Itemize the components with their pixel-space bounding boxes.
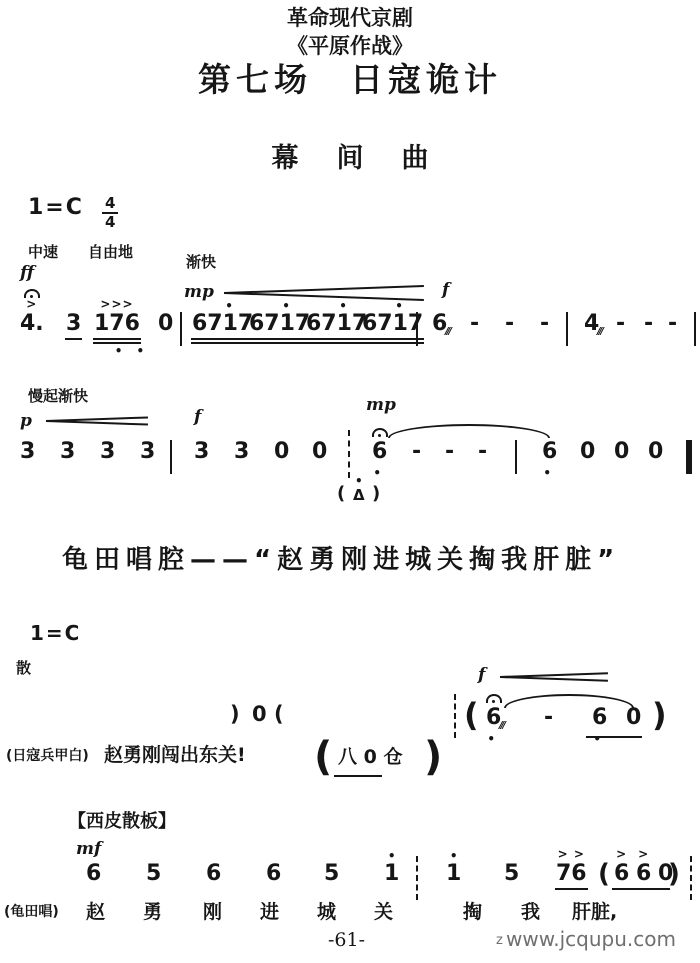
glyph: -61- <box>328 930 365 951</box>
accent-icon: > <box>26 299 37 310</box>
note: 6• <box>372 440 387 464</box>
text-label: ( <box>464 698 479 733</box>
glyph: - <box>412 440 421 464</box>
note-marks <box>372 428 388 438</box>
accent-icon: > <box>616 849 627 860</box>
note: 6• <box>592 706 607 730</box>
note: •6717 <box>192 312 253 336</box>
note: 3 <box>194 440 209 464</box>
spoken-text: 赵勇刚闯出东关! <box>104 745 246 766</box>
glyph: 1=C <box>28 196 84 220</box>
glyph: 76 <box>556 862 587 886</box>
octave-dot-above-icon: • <box>225 302 233 310</box>
text-label: ( <box>314 735 332 779</box>
glyph: 慢起渐快 <box>28 388 88 405</box>
interlude-title: 幕间曲 <box>0 136 700 175</box>
glyph: ( <box>464 698 479 733</box>
glyph: 渐快 <box>186 254 216 271</box>
lyric: 我 <box>521 902 540 923</box>
barline <box>180 312 182 346</box>
dashed-barline <box>690 856 692 900</box>
note: - <box>412 440 421 464</box>
dashed-barline <box>348 430 350 478</box>
glyph: - <box>668 312 677 336</box>
glyph: 0 <box>648 440 663 464</box>
glyph: mp <box>366 396 396 415</box>
note: 0 <box>626 706 641 730</box>
glyph: 5 <box>324 862 339 886</box>
key-signature: 1=C <box>28 196 84 220</box>
note-marks: • <box>382 302 403 310</box>
note: 3 <box>66 312 81 336</box>
glyph: 3 <box>66 312 81 336</box>
glyph: - <box>505 312 514 336</box>
glyph: ) <box>230 703 240 726</box>
glyph: 掏 <box>463 902 482 923</box>
glyph: 3 <box>60 440 75 464</box>
group-underline <box>334 775 382 777</box>
glyph: 我 <box>521 902 540 923</box>
crescendo-hairpin-icon <box>224 286 424 298</box>
lyric: 肝脏, <box>572 902 617 923</box>
note: •6717 <box>362 312 423 336</box>
accent-icon: >>> <box>100 299 133 310</box>
glyph: 3 <box>140 440 155 464</box>
time-signature-denominator: 4 <box>105 214 115 230</box>
glyph: 勇 <box>143 902 162 923</box>
glyph: 赵 <box>86 902 105 923</box>
glyph: 0 <box>614 440 629 464</box>
text-label: ) <box>424 735 442 779</box>
glyph: 6 <box>372 440 387 464</box>
glyph: 6 <box>86 862 101 886</box>
tremolo-icon: /// <box>445 326 450 337</box>
glyph: 6717 <box>249 312 310 336</box>
note: 6•/// <box>486 706 501 730</box>
scene-title: 第七场 日寇诡计 <box>0 54 700 101</box>
fermata-icon <box>486 694 502 703</box>
glyph: 3 <box>100 440 115 464</box>
glyph: 6 <box>636 862 651 886</box>
note: >>>176• • <box>94 312 140 336</box>
dynamic-mark: ff <box>20 264 34 283</box>
glyph: 0 <box>274 440 289 464</box>
dynamic-mark: f <box>478 666 485 685</box>
role-label: (龟田唱) <box>4 905 59 920</box>
glyph: 1 <box>384 862 399 886</box>
tempo-mark: 慢起渐快 <box>28 388 88 405</box>
fermata-icon <box>24 289 40 298</box>
accent-icon: > > <box>558 849 585 860</box>
note: •6717 <box>249 312 310 336</box>
glyph: f <box>442 281 449 300</box>
note: •1 <box>446 862 461 886</box>
glyph: 6 <box>266 862 281 886</box>
note: - <box>644 312 653 336</box>
glyph: mp <box>184 283 214 302</box>
glyph: 中速 <box>28 244 58 261</box>
octave-dot-above-icon: • <box>450 852 458 860</box>
note: ) <box>230 703 240 726</box>
note-marks <box>486 694 502 704</box>
glyph: 肝脏, <box>572 902 617 923</box>
page-number: -61- <box>328 930 365 951</box>
text-label: ) <box>652 698 667 733</box>
note: 0 <box>158 312 173 336</box>
glyph: - <box>445 440 454 464</box>
aria-heading: 龟田唱腔——“赵勇刚进城关掏我肝脏” <box>62 546 620 575</box>
group-underline <box>612 888 670 890</box>
octave-dot-above-icon: • <box>339 302 347 310</box>
glyph: ) <box>652 698 667 733</box>
octave-dot-below-icon: • <box>487 734 500 744</box>
note: >4. <box>20 312 44 336</box>
accent-icon: > <box>638 849 649 860</box>
barline <box>416 312 418 346</box>
glyph: 6 <box>542 440 557 464</box>
glyph: www.jcqupu.com <box>506 928 676 950</box>
percussion-triangle: •Δ <box>353 487 365 504</box>
glyph: 6717 <box>362 312 423 336</box>
opera-genre: 革命现代京剧 <box>0 2 700 32</box>
glyph: - <box>540 312 549 336</box>
tremolo-icon: /// <box>499 720 504 731</box>
note-marks: > <box>638 849 649 860</box>
glyph: 3 <box>234 440 249 464</box>
glyph: ) <box>424 735 442 779</box>
lyric: 掏 <box>463 902 482 923</box>
note: 3 <box>60 440 75 464</box>
group-underline <box>586 736 642 738</box>
note: 6 <box>86 862 101 886</box>
glyph: - <box>644 312 653 336</box>
glyph: - <box>616 312 625 336</box>
tempo-mark: 渐快 <box>186 254 216 271</box>
note-marks: • <box>212 302 233 310</box>
note-marks: • <box>355 477 363 485</box>
glyph: - <box>544 706 553 730</box>
glyph: ) <box>372 484 380 504</box>
text-label: ) <box>668 860 680 889</box>
lyric: 关 <box>374 902 393 923</box>
glyph: 4. <box>20 312 44 336</box>
note: 6 <box>206 862 221 886</box>
tempo-mark: 散 <box>16 660 31 677</box>
glyph: 6 <box>206 862 221 886</box>
glyph: 6717 <box>306 312 367 336</box>
barline <box>694 312 696 346</box>
glyph: ) <box>668 860 680 889</box>
score-page: 革命现代京剧 《平原作战》 第七场 日寇诡计 幕间曲 1=C44中速自由地渐快f… <box>0 0 700 963</box>
note: 6• <box>542 440 557 464</box>
note: 0 <box>312 440 327 464</box>
note-marks: > <box>24 289 40 310</box>
glyph: 龟田唱腔——“赵勇刚进城关掏我肝脏” <box>62 546 620 575</box>
glyph: 1=C <box>30 622 81 644</box>
glyph: 5 <box>504 862 519 886</box>
note: - <box>544 706 553 730</box>
note: 0 <box>252 703 267 726</box>
note: 3 <box>234 440 249 464</box>
glyph: 城 <box>317 902 336 923</box>
glyph: (龟田唱) <box>4 905 59 920</box>
octave-dot-below-icon: • • <box>115 346 150 356</box>
glyph: 176 <box>94 312 140 336</box>
watermark: www.jcqupu.com <box>506 928 676 950</box>
note: 3 <box>20 440 35 464</box>
fermata-icon <box>372 428 388 437</box>
note: 0 <box>648 440 663 464</box>
text-label: ( <box>337 484 345 504</box>
note: 6/// <box>432 312 447 336</box>
octave-dot-below-icon: • <box>373 468 386 478</box>
note: 3 <box>100 440 115 464</box>
lyric: 进 <box>260 902 279 923</box>
text-label: ) <box>372 484 380 504</box>
dynamic-mark: mp <box>366 396 396 415</box>
note: >6 <box>636 862 651 886</box>
tremolo-icon: /// <box>597 326 602 337</box>
dynamic-mark: f <box>194 408 201 427</box>
note-marks: • <box>326 302 347 310</box>
note: - <box>505 312 514 336</box>
glyph: 刚 <box>203 902 222 923</box>
dynamic-mark: mf <box>76 840 101 859</box>
note: 0 <box>274 440 289 464</box>
glyph: 0 <box>252 703 267 726</box>
note-marks: > > <box>558 849 585 860</box>
glyph: f <box>478 666 485 685</box>
glyph: 3 <box>194 440 209 464</box>
glyph: Δ <box>353 487 365 504</box>
note: 4/// <box>584 312 599 336</box>
note: - <box>445 440 454 464</box>
note: 5 <box>146 862 161 886</box>
dashed-barline <box>454 694 456 738</box>
glyph: (日寇兵甲白) <box>6 749 89 764</box>
glyph: 6717 <box>192 312 253 336</box>
note: ( <box>274 703 284 726</box>
glyph: ( <box>274 703 284 726</box>
dynamic-mark: f <box>442 281 449 300</box>
glyph: 0 <box>158 312 173 336</box>
note: 5 <box>504 862 519 886</box>
glyph: 【西皮散板】 <box>68 812 176 832</box>
octave-dot-above-icon: • <box>388 852 396 860</box>
glyph: 1 <box>446 862 461 886</box>
lyric: 城 <box>317 902 336 923</box>
slur-icon <box>388 424 550 438</box>
text-label: ( <box>598 860 610 889</box>
lyric: 赵 <box>86 902 105 923</box>
crescendo-hairpin-icon <box>500 670 608 682</box>
key-signature: 1=C <box>30 622 81 644</box>
note-marks: > <box>616 849 627 860</box>
glyph: p <box>20 412 32 431</box>
meter-label: 【西皮散板】 <box>68 812 176 832</box>
glyph: mf <box>76 840 101 859</box>
note: 6 <box>266 862 281 886</box>
slur-icon <box>504 694 634 708</box>
note: - <box>478 440 487 464</box>
time-signature: 44 <box>102 196 118 230</box>
glyph: - <box>478 440 487 464</box>
lyric: 勇 <box>143 902 162 923</box>
note-marks: >>> <box>100 299 133 310</box>
dashed-barline <box>416 856 418 900</box>
octave-dot-above-icon: • <box>355 477 363 485</box>
glyph: f <box>194 408 201 427</box>
note: - <box>470 312 479 336</box>
note: 0 <box>580 440 595 464</box>
role-label: (日寇兵甲白) <box>6 749 89 764</box>
octave-dot-above-icon: • <box>395 302 403 310</box>
note-marks: • <box>269 302 290 310</box>
glyph: 赵勇刚闯出东关! <box>104 745 246 766</box>
tempo-mark: 中速 <box>28 244 58 261</box>
glyph: 0 <box>626 706 641 730</box>
glyph: ff <box>20 264 34 283</box>
barline <box>170 440 172 474</box>
glyph: ( <box>598 860 610 889</box>
glyph: 6 <box>614 862 629 886</box>
glyph: 0 <box>580 440 595 464</box>
barline <box>566 312 568 346</box>
glyph: 5 <box>146 862 161 886</box>
note-marks: • <box>388 852 396 860</box>
note: - <box>616 312 625 336</box>
note: 5 <box>324 862 339 886</box>
note: 0 <box>614 440 629 464</box>
note-marks: • <box>450 852 458 860</box>
note: - <box>540 312 549 336</box>
glyph: 6 <box>592 706 607 730</box>
dynamic-mark: mp <box>184 283 214 302</box>
glyph: - <box>470 312 479 336</box>
note: >6 <box>614 862 629 886</box>
glyph: 散 <box>16 660 31 677</box>
glyph: 八 0 仓 <box>338 747 402 768</box>
glyph: 进 <box>260 902 279 923</box>
percussion-pattern: 八 0 仓 <box>338 747 402 768</box>
note: - <box>668 312 677 336</box>
dynamic-mark: p <box>20 412 32 431</box>
crescendo-hairpin-icon <box>46 414 148 426</box>
note: •1 <box>384 862 399 886</box>
glyph: z <box>496 934 503 948</box>
glyph: 关 <box>374 902 393 923</box>
lyric: 刚 <box>203 902 222 923</box>
note: 3 <box>140 440 155 464</box>
watermark-mark: z <box>496 934 503 948</box>
barline <box>515 440 517 474</box>
time-signature-numerator: 4 <box>102 196 118 214</box>
tempo-mark: 自由地 <box>88 244 133 261</box>
note: > >76 <box>556 862 587 886</box>
glyph: 3 <box>20 440 35 464</box>
note: •6717 <box>306 312 367 336</box>
glyph: ( <box>337 484 345 504</box>
octave-dot-above-icon: • <box>282 302 290 310</box>
glyph: 自由地 <box>88 244 133 261</box>
octave-dot-below-icon: • <box>543 468 556 478</box>
final-barline <box>686 440 692 474</box>
glyph: ( <box>314 735 332 779</box>
glyph: 0 <box>312 440 327 464</box>
